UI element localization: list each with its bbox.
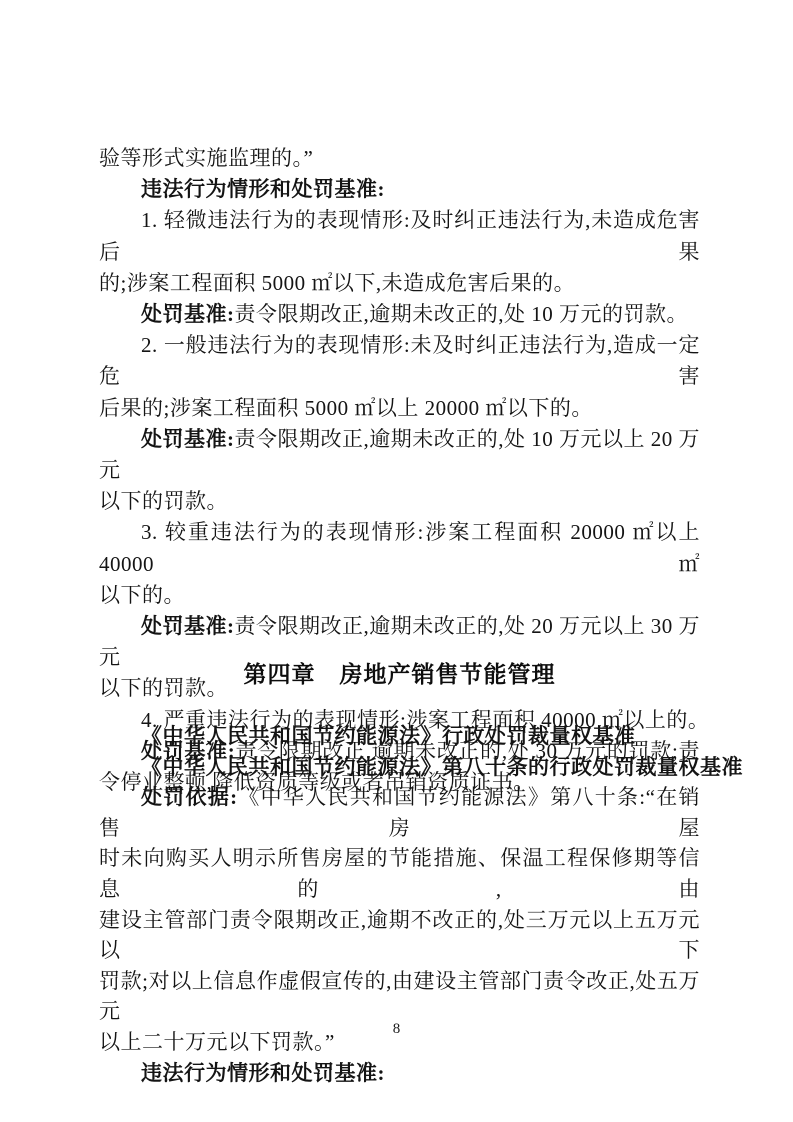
text-line: 违法行为情形和处罚基准: [99, 174, 700, 205]
text-line: 时未向购买人明示所售房屋的节能措施、保温工程保修期等信息的,由 [99, 843, 700, 904]
text-line: 以下的。 [99, 580, 700, 611]
text-segment: 后果的;涉案工程面积 5000 ㎡以上 20000 ㎡以下的。 [99, 396, 593, 420]
text-segment: 建设主管部门责令限期改正,逾期不改正的,处三万元以上五万元以下 [99, 908, 700, 963]
text-segment: 责令限期改正,逾期未改正的,处 10 万元的罚款。 [235, 302, 689, 326]
text-segment: 罚款;对以上信息作虚假宣传的,由建设主管部门责令改正,处五万元 [99, 969, 700, 1024]
text-line: 1. 轻微违法行为的表现情形:及时纠正违法行为,未造成危害后果 [99, 205, 700, 267]
text-line: 处罚基准:责令限期改正,逾期未改正的,处 10 万元以上 20 万元 [99, 424, 700, 486]
page-number: 8 [0, 1021, 793, 1038]
text-segment: 3. 较重违法行为的表现情形:涉案工程面积 20000 ㎡以上 40000 ㎡ [99, 520, 700, 575]
text-line: 2. 一般违法行为的表现情形:未及时纠正违法行为,造成一定危害 [99, 330, 700, 392]
chapter-heading: 第四章 房地产销售节能管理 [99, 656, 700, 689]
text-line: 《中华人民共和国节约能源法》行政处罚裁量权基准 [99, 721, 700, 752]
text-line: 以下的罚款。 [99, 486, 700, 517]
bold-text-segment: 《中华人民共和国节约能源法》行政处罚裁量权基准 [141, 724, 636, 748]
body-section-upper: 验等形式实施监理的。”违法行为情形和处罚基准:1. 轻微违法行为的表现情形:及时… [99, 143, 700, 798]
text-segment: 2. 一般违法行为的表现情形:未及时纠正违法行为,造成一定危害 [99, 333, 700, 388]
text-line: 的;涉案工程面积 5000 ㎡以下,未造成危害后果的。 [99, 268, 700, 299]
text-line: 后果的;涉案工程面积 5000 ㎡以上 20000 ㎡以下的。 [99, 393, 700, 424]
text-segment: 时未向购买人明示所售房屋的节能措施、保温工程保修期等信息的,由 [99, 846, 700, 901]
bold-text-segment: 处罚依据: [141, 785, 238, 809]
text-line: 处罚基准:责令限期改正,逾期未改正的,处 10 万元的罚款。 [99, 299, 700, 330]
text-line: 处罚依据:《中华人民共和国节约能源法》第八十条:“在销售房屋 [99, 782, 700, 843]
bold-text-segment: 处罚基准: [141, 614, 235, 638]
bold-text-segment: 《中华人民共和国节约能源法》第八十条的行政处罚裁量权基准 [141, 755, 743, 779]
bold-text-segment: 违法行为情形和处罚基准: [141, 177, 385, 201]
bold-text-segment: 处罚基准: [141, 427, 235, 451]
text-segment: 1. 轻微违法行为的表现情形:及时纠正违法行为,未造成危害后果 [99, 208, 700, 263]
bold-text-segment: 违法行为情形和处罚基准: [141, 1061, 385, 1085]
text-segment: 的;涉案工程面积 5000 ㎡以下,未造成危害后果的。 [99, 271, 575, 295]
text-line: 违法行为情形和处罚基准: [99, 1058, 700, 1089]
text-segment: 以下的罚款。 [99, 489, 228, 513]
text-segment: 以下的。 [99, 583, 185, 607]
text-line: 建设主管部门责令限期改正,逾期不改正的,处三万元以上五万元以下 [99, 905, 700, 966]
text-line: 《中华人民共和国节约能源法》第八十条的行政处罚裁量权基准 [99, 752, 700, 783]
text-line: 3. 较重违法行为的表现情形:涉案工程面积 20000 ㎡以上 40000 ㎡ [99, 517, 700, 579]
document-page: 验等形式实施监理的。”违法行为情形和处罚基准:1. 轻微违法行为的表现情形:及时… [0, 0, 793, 1122]
text-line: 罚款;对以上信息作虚假宣传的,由建设主管部门责令改正,处五万元 [99, 966, 700, 1027]
text-segment: 验等形式实施监理的。” [99, 146, 313, 170]
text-line: 验等形式实施监理的。” [99, 143, 700, 174]
bold-text-segment: 处罚基准: [141, 302, 235, 326]
